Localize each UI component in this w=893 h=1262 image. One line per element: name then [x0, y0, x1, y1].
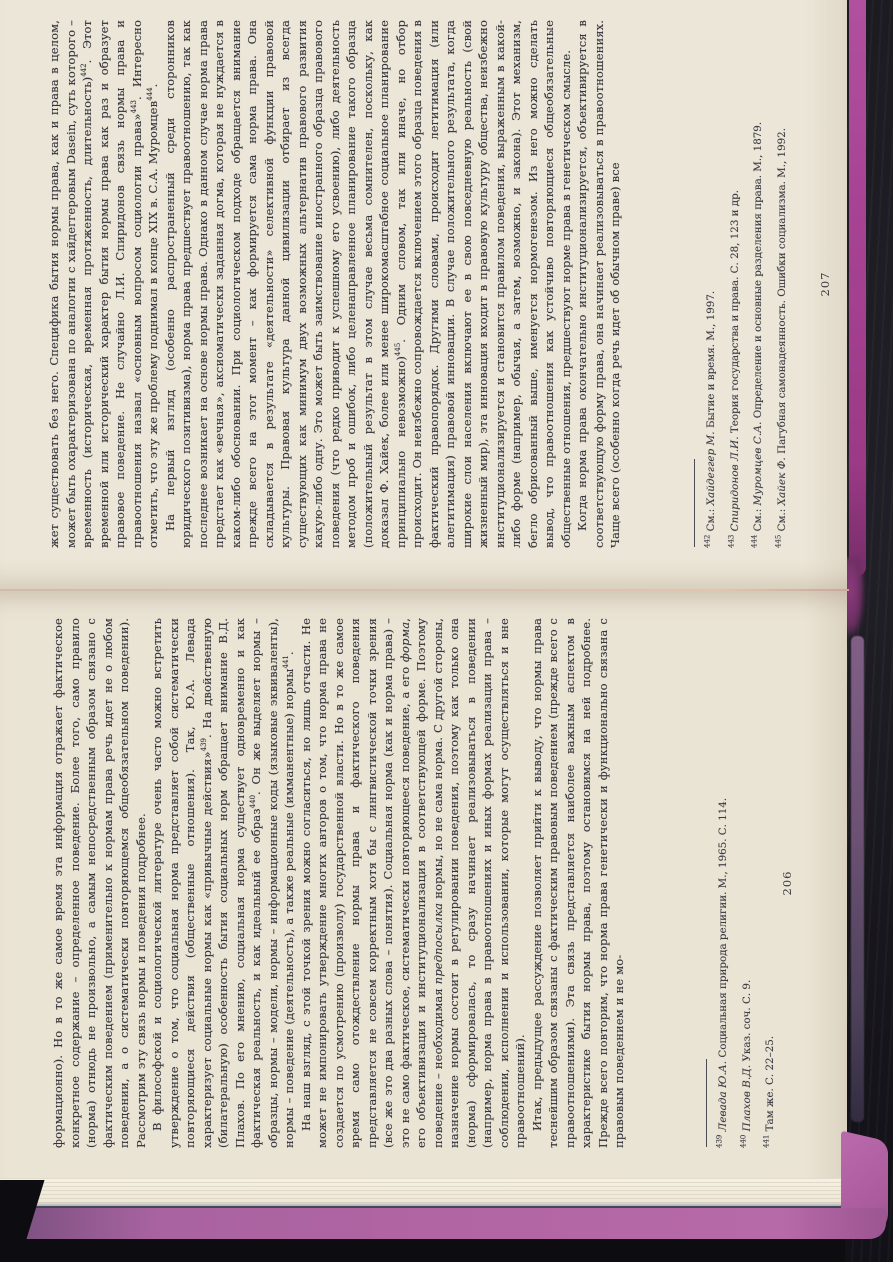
paragraph: На наш взгляд, с этой точкой зрения можн… — [298, 618, 529, 1148]
paragraph: В философской и социологической литерату… — [149, 618, 298, 1148]
footnote: 440 Плахов В.Д. Указ. соч. С. 9. — [736, 618, 760, 1148]
footnote: 443 Спиридонов Л.И. Теория государства и… — [724, 20, 748, 548]
book-scan-photo: жет существовать без него. Специфика быт… — [0, 0, 893, 1262]
footnotes-list: 439 Левада Ю.А. Социальная природа религ… — [712, 618, 783, 1148]
footnotes-block: 439 Левада Ю.А. Социальная природа религ… — [706, 618, 783, 1148]
paragraph: Итак, предыдущее рассуждение позволяет п… — [529, 618, 628, 1148]
book-cover-bottom-edge — [16, 1208, 886, 1239]
rotated-text-area: формационно). Но в то же самое время эта… — [0, 618, 846, 1148]
page-number: 207 — [818, 20, 832, 548]
paragraph: Когда норма права окончательно институци… — [574, 20, 624, 548]
paragraph: формационно). Но в то же самое время эта… — [50, 618, 149, 1148]
footnote: 439 Левада Ю.А. Социальная природа религ… — [712, 618, 736, 1148]
rotated-text-area: жет существовать без него. Специфика быт… — [0, 20, 847, 548]
book-page-206: формационно). Но в то же самое время эта… — [0, 591, 847, 1178]
book-cover-edge-muted — [851, 636, 864, 1122]
paragraph: жет существовать без него. Специфика быт… — [46, 20, 162, 548]
footnote: 445 См.: Хайек Ф. Пагубная самонадеяннос… — [771, 20, 795, 548]
page-content: жет существовать без него. Специфика быт… — [0, 20, 847, 548]
page-edge-stack — [0, 1178, 851, 1206]
footnotes-block: 442 См.: Хайдеггер М. Бытие и время. М.,… — [694, 20, 794, 548]
book-cover-edge-magenta — [849, 0, 866, 576]
footnote: 442 См.: Хайдеггер М. Бытие и время. М.,… — [700, 20, 724, 548]
footnote: 441 Там же. С. 22–25. — [759, 618, 783, 1148]
page-content: формационно). Но в то же самое время эта… — [0, 618, 846, 1148]
page-number: 206 — [780, 618, 794, 1148]
paragraph: На первый взгляд (особенно распространен… — [162, 20, 575, 548]
footnote-separator-rule — [706, 1059, 707, 1147]
footnote-separator-rule — [694, 459, 695, 547]
page-body-text: формационно). Но в то же самое время эта… — [0, 618, 628, 1148]
footnotes-list: 442 См.: Хайдеггер М. Бытие и время. М.,… — [700, 20, 794, 548]
page-body-text: жет существовать без него. Специфика быт… — [0, 20, 624, 548]
footnote: 444 См.: Муромцев С.А. Определение и осн… — [747, 20, 771, 548]
book-page-207: жет существовать без него. Специфика быт… — [0, 0, 847, 589]
